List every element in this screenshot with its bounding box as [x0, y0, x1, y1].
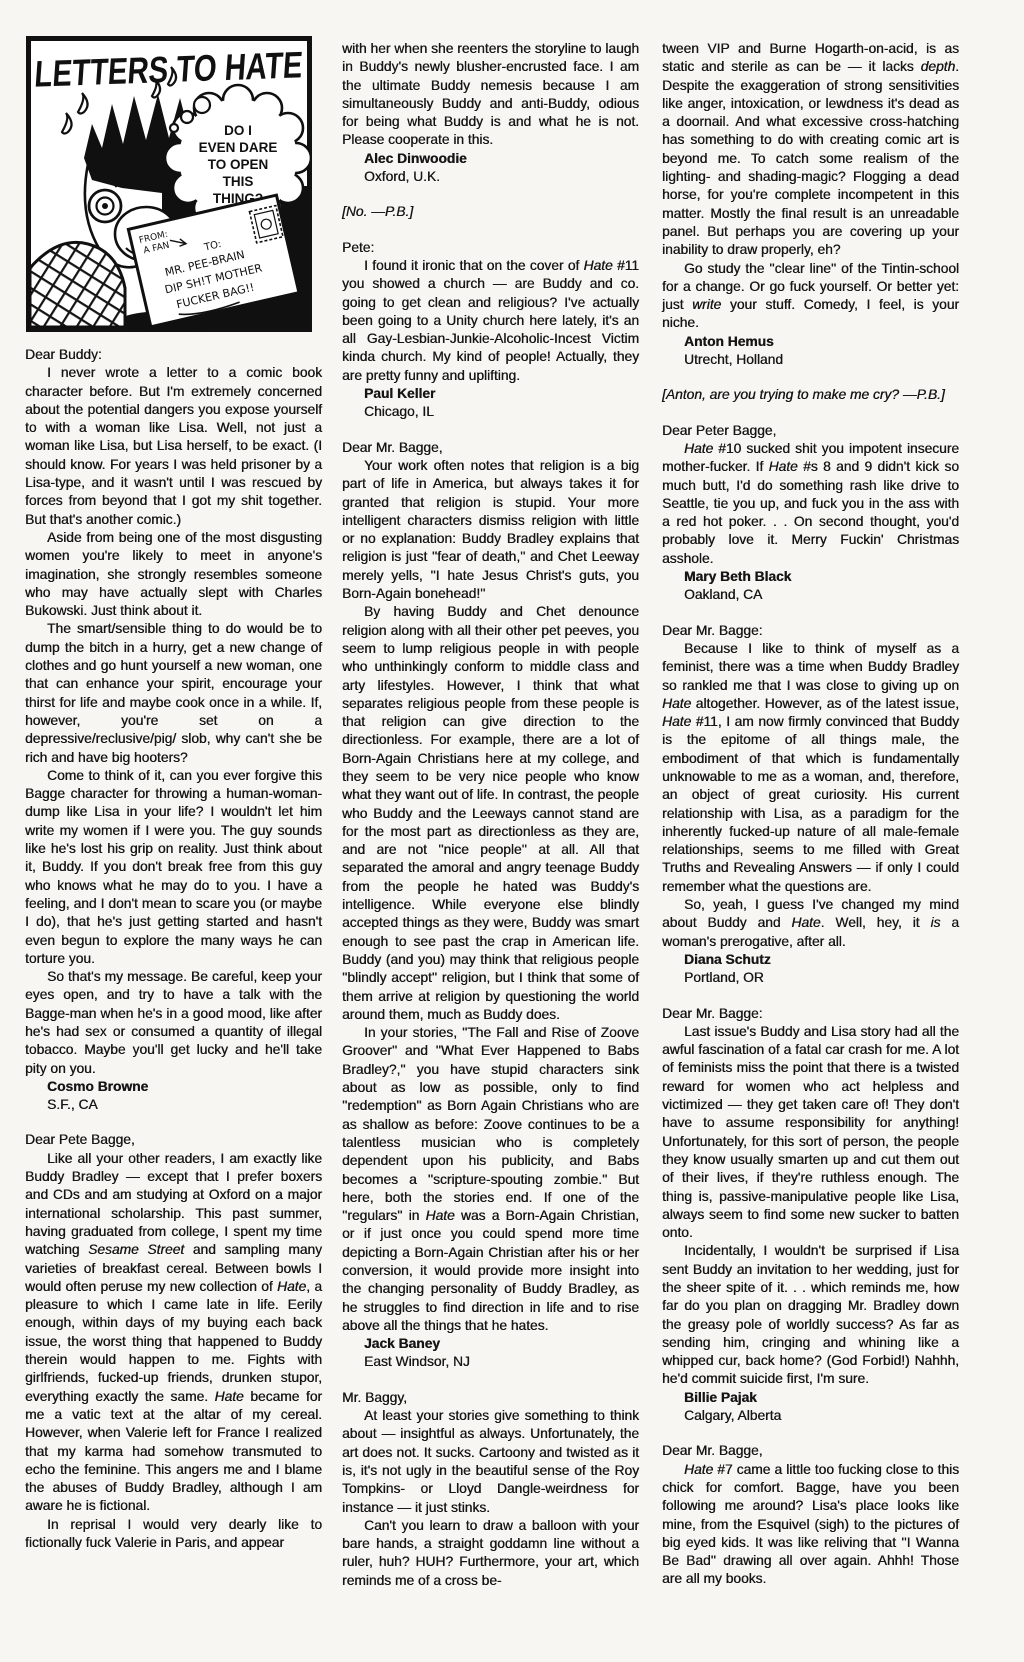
editor-note: [No. —P.B.]	[342, 203, 639, 221]
letter-gap	[662, 988, 959, 1005]
editor-note: [Anton, are you trying to make me cry? —…	[662, 386, 959, 404]
letter-paragraph: Aside from being one of the most disgust…	[25, 529, 322, 620]
letter-paragraph: Like all your other readers, I am exactl…	[25, 1150, 322, 1516]
letter-paragraph: In your stories, ''The Fall and Rise of …	[342, 1024, 639, 1335]
signature-location: Chicago, IL	[342, 403, 639, 421]
header-cartoon: LETTERS TO HATE	[26, 36, 312, 332]
letter-paragraph: Can't you learn to draw a balloon with y…	[342, 1517, 639, 1590]
letter-salutation: Dear Mr. Bagge,	[342, 439, 639, 457]
letter-paragraph: Last issue's Buddy and Lisa story had al…	[662, 1023, 959, 1243]
signature-name: Billie Pajak	[662, 1389, 959, 1407]
letter-salutation: Mr. Baggy,	[342, 1389, 639, 1407]
letter-salutation: Dear Mr. Bagge:	[662, 1005, 959, 1023]
letter-gap	[342, 186, 639, 203]
svg-text:TO OPEN: TO OPEN	[208, 157, 269, 172]
letter-salutation: Dear Pete Bagge,	[25, 1131, 322, 1149]
letter-paragraph: So that's my message. Be careful, keep y…	[25, 968, 322, 1078]
signature-name: Cosmo Browne	[25, 1078, 322, 1096]
letter-salutation: Dear Mr. Bagge,	[662, 1442, 959, 1460]
letters-page: LETTERS TO HATE	[0, 0, 1024, 1662]
letter-salutation: Dear Buddy:	[25, 346, 322, 364]
svg-text:THIS: THIS	[223, 174, 254, 189]
letter-paragraph-continued: with her when she reenters the storyline…	[342, 40, 639, 150]
signature-name: Anton Hemus	[662, 333, 959, 351]
signature-name: Alec Dinwoodie	[342, 150, 639, 168]
letter-paragraph: I found it ironic that on the cover of H…	[342, 257, 639, 385]
letter-paragraph: Your work often notes that religion is a…	[342, 457, 639, 603]
letter-gap	[25, 1114, 322, 1131]
signature-location: Portland, OR	[662, 969, 959, 987]
letter-salutation: Dear Peter Bagge,	[662, 422, 959, 440]
letter-gap	[662, 405, 959, 422]
letter-paragraph: The smart/sensible thing to do would be …	[25, 620, 322, 766]
letter-gap	[342, 422, 639, 439]
signature-location: East Windsor, NJ	[342, 1353, 639, 1371]
letter-gap	[662, 605, 959, 622]
letter-paragraph: Because I like to think of myself as a f…	[662, 640, 959, 896]
ear-icon	[89, 190, 121, 222]
letter-salutation: Pete:	[342, 239, 639, 257]
letter-paragraph: At least your stories give something to …	[342, 1407, 639, 1517]
letter-paragraph: Hate #7 came a little too fucking close …	[662, 1461, 959, 1589]
letter-gap	[342, 222, 639, 239]
letter-gap	[662, 369, 959, 386]
letter-paragraph: Go study the ''clear line'' of the Tinti…	[662, 260, 959, 333]
letter-salutation: Dear Mr. Bagge:	[662, 622, 959, 640]
signature-name: Jack Baney	[342, 1335, 639, 1353]
letter-gap	[662, 1425, 959, 1442]
letters-column-2: with her when she reenters the storyline…	[342, 40, 639, 1590]
letter-paragraph-continued: tween VIP and Burne Hogarth-on-acid, is …	[662, 40, 959, 260]
signature-location: Utrecht, Holland	[662, 351, 959, 369]
signature-location: Oakland, CA	[662, 586, 959, 604]
letter-paragraph: Come to think of it, can you ever forgiv…	[25, 767, 322, 968]
signature-name: Paul Keller	[342, 385, 639, 403]
svg-text:EVEN DARE: EVEN DARE	[199, 140, 278, 155]
letters-column-1: Dear Buddy:I never wrote a letter to a c…	[25, 346, 322, 1552]
signature-name: Diana Schutz	[662, 951, 959, 969]
letter-paragraph: Hate #10 sucked shit you impotent insecu…	[662, 440, 959, 568]
letters-column-3: tween VIP and Burne Hogarth-on-acid, is …	[662, 40, 959, 1589]
letters-header-panel: LETTERS TO HATE	[26, 36, 312, 332]
signature-location: Calgary, Alberta	[662, 1407, 959, 1425]
signature-location: S.F., CA	[25, 1096, 322, 1114]
letter-gap	[342, 1372, 639, 1389]
letter-paragraph: I never wrote a letter to a comic book c…	[25, 364, 322, 529]
letter-paragraph: In reprisal I would very dearly like to …	[25, 1516, 322, 1553]
signature-name: Mary Beth Black	[662, 568, 959, 586]
signature-location: Oxford, U.K.	[342, 168, 639, 186]
letter-paragraph: By having Buddy and Chet denounce religi…	[342, 603, 639, 1024]
letter-paragraph: So, yeah, I guess I've changed my mind a…	[662, 896, 959, 951]
svg-text:DO I: DO I	[224, 123, 252, 138]
letter-paragraph: Incidentally, I wouldn't be surprised if…	[662, 1242, 959, 1388]
